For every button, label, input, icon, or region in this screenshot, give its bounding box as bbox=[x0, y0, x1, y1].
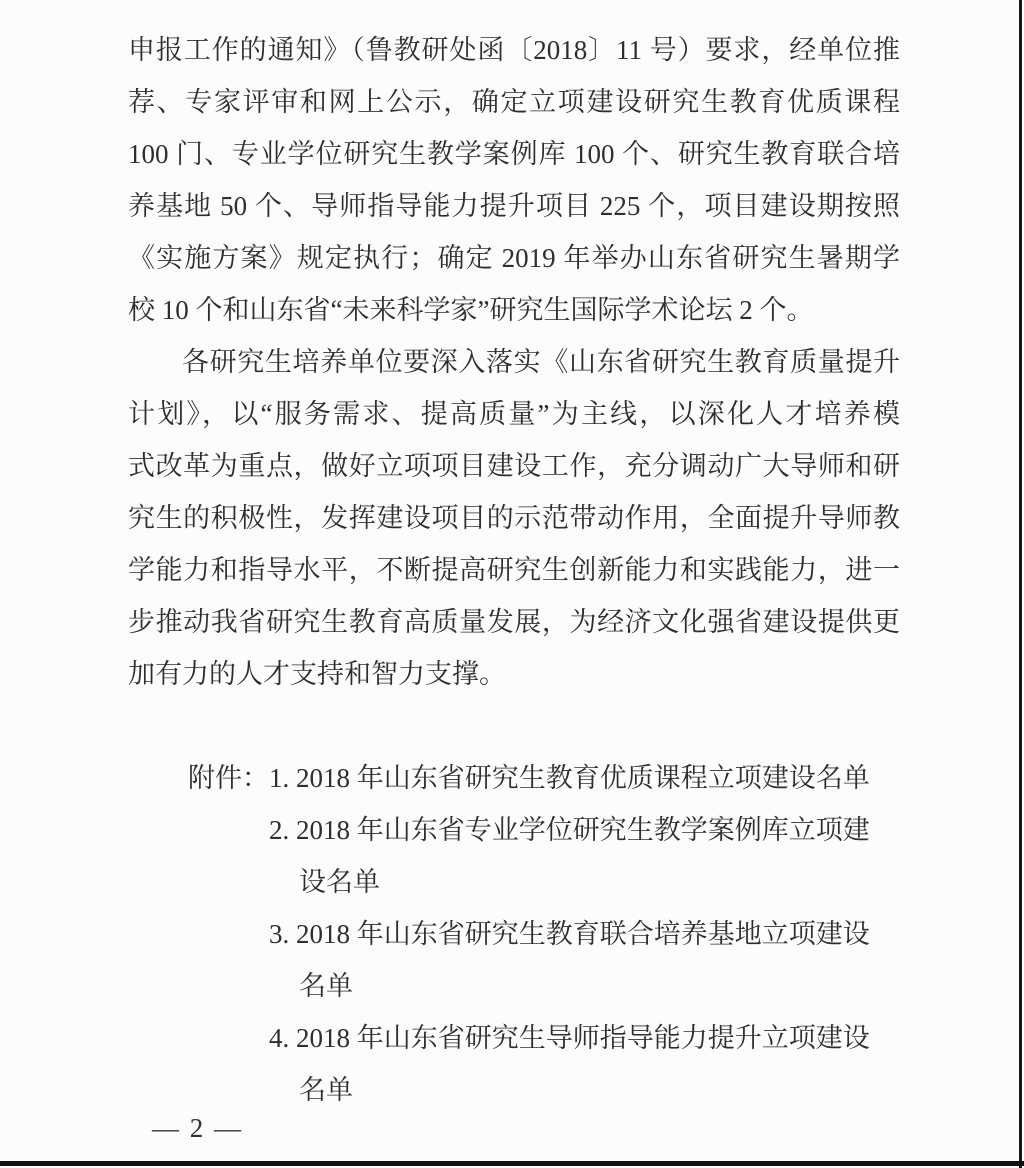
attachment-line: 4. 2018 年山东省研究生导师指导能力提升立项建设 bbox=[269, 1012, 909, 1064]
document-page: 申报工作的通知》（鲁教研处函〔2018〕11 号）要求，经单位推 荐、专家评审和… bbox=[0, 0, 1024, 1168]
attachment-list: 1. 2018 年山东省研究生教育优质课程立项建设名单 2. 2018 年山东省… bbox=[269, 752, 909, 1116]
body-text-line: 100 门、专业学位研究生教学案例库 100 个、研究生教育联合培 bbox=[128, 128, 900, 180]
attachment-line: 名单 bbox=[269, 1064, 909, 1116]
body-text-line: 式改革为重点，做好立项项目建设工作，充分调动广大导师和研 bbox=[128, 440, 900, 492]
attachment-section: 附件： 1. 2018 年山东省研究生教育优质课程立项建设名单 2. 2018 … bbox=[269, 752, 909, 1116]
body-text-line: 究生的积极性，发挥建设项目的示范带动作用，全面提升导师教 bbox=[128, 492, 900, 544]
body-text-line: 学能力和指导水平，不断提高研究生创新能力和实践能力，进一 bbox=[128, 544, 900, 596]
attachment-label: 附件： bbox=[188, 752, 269, 804]
page-number: — 2 — bbox=[152, 1108, 243, 1148]
body-text-line: 加有力的人才支持和智力支撑。 bbox=[128, 648, 900, 700]
scan-edge-bottom bbox=[0, 1161, 1024, 1166]
body-text-line: 荐、专家评审和网上公示，确定立项建设研究生教育优质课程 bbox=[128, 76, 900, 128]
attachment-line: 2. 2018 年山东省专业学位研究生教学案例库立项建 bbox=[269, 804, 909, 856]
attachment-line: 设名单 bbox=[269, 856, 909, 908]
attachment-line: 名单 bbox=[269, 960, 909, 1012]
document-body: 申报工作的通知》（鲁教研处函〔2018〕11 号）要求，经单位推 荐、专家评审和… bbox=[128, 24, 900, 700]
body-text-line: 步推动我省研究生教育高质量发展，为经济文化强省建设提供更 bbox=[128, 596, 900, 648]
body-text-line: 养基地 50 个、导师指导能力提升项目 225 个，项目建设期按照 bbox=[128, 180, 900, 232]
scan-edge-right bbox=[1019, 0, 1022, 1168]
body-text-line: 校 10 个和山东省“未来科学家”研究生国际学术论坛 2 个。 bbox=[128, 284, 900, 336]
attachment-line: 1. 2018 年山东省研究生教育优质课程立项建设名单 bbox=[269, 752, 909, 804]
attachment-line: 3. 2018 年山东省研究生教育联合培养基地立项建设 bbox=[269, 908, 909, 960]
body-text-line: 《实施方案》规定执行；确定 2019 年举办山东省研究生暑期学 bbox=[128, 232, 900, 284]
body-text-line: 各研究生培养单位要深入落实《山东省研究生教育质量提升 bbox=[128, 336, 900, 388]
body-text-line: 申报工作的通知》（鲁教研处函〔2018〕11 号）要求，经单位推 bbox=[128, 24, 900, 76]
body-text-line: 计划》，以“服务需求、提高质量”为主线，以深化人才培养模 bbox=[128, 388, 900, 440]
